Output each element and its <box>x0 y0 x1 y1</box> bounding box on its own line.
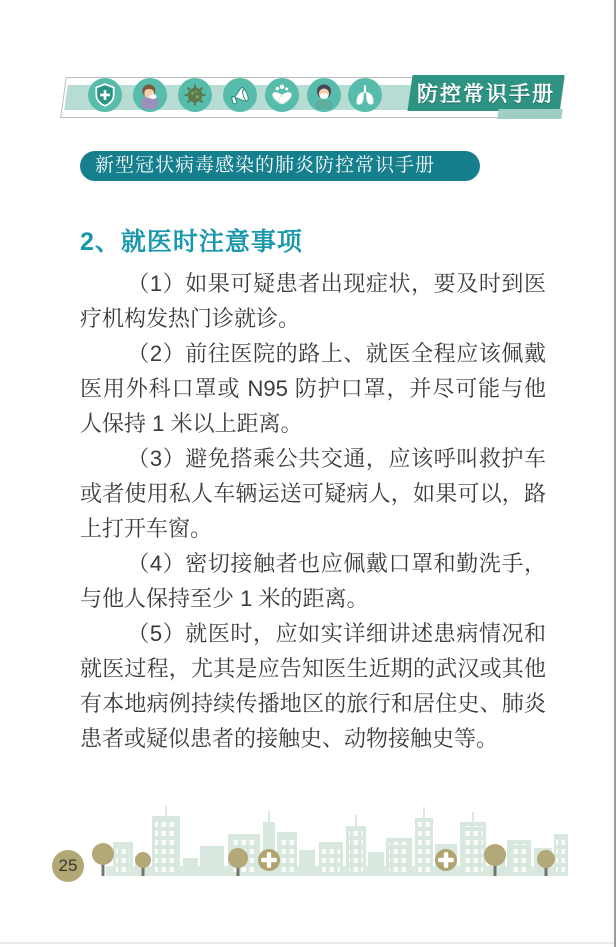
hand-washing-icon <box>265 78 299 112</box>
body-paragraph: （5）就医时，应如实详细讲述患病情况和就医过程，尤其是应告知医生近期的武汉或其他… <box>80 616 546 756</box>
megaphone-icon <box>223 78 257 112</box>
header-icon-band: 防控常识手册 <box>0 0 616 130</box>
ribbon-title-banner: 防控常识手册 <box>407 75 564 111</box>
masked-person-icon <box>307 78 341 112</box>
sneezing-person-icon <box>133 78 167 112</box>
ribbon-tail-decoration <box>497 109 562 119</box>
handbook-title-banner: 新型冠状病毒感染的肺炎防控常识手册 <box>80 151 480 181</box>
handbook-page: 防控常识手册 新型冠状病毒感染的肺炎防控常识手册 2、就医时注意事项 （1）如果… <box>0 0 616 947</box>
section-heading: 2、就医时注意事项 <box>80 222 546 258</box>
shield-cross-icon <box>88 78 122 112</box>
body-text: （1）如果可疑患者出现症状，要及时到医疗机构发热门诊就诊。 （2）前往医院的路上… <box>80 266 546 756</box>
lungs-icon <box>348 78 382 112</box>
page-number: 25 <box>59 856 78 876</box>
body-paragraph: （4）密切接触者也应佩戴口罩和勤洗手，与他人保持至少 1 米的距离。 <box>80 546 546 616</box>
city-skyline-illustration <box>88 802 568 886</box>
page-number-badge: 25 <box>52 850 84 882</box>
virus-icon <box>178 78 212 112</box>
ribbon-title: 防控常识手册 <box>417 78 555 108</box>
body-paragraph: （2）前往医院的路上、就医全程应该佩戴医用外科口罩或 N95 防护口罩，并尽可能… <box>80 336 546 441</box>
body-paragraph: （1）如果可疑患者出现症状，要及时到医疗机构发热门诊就诊。 <box>80 266 546 336</box>
body-paragraph: （3）避免搭乘公共交通，应该呼叫救护车或者使用私人车辆运送可疑病人，如果可以，路… <box>80 441 546 546</box>
